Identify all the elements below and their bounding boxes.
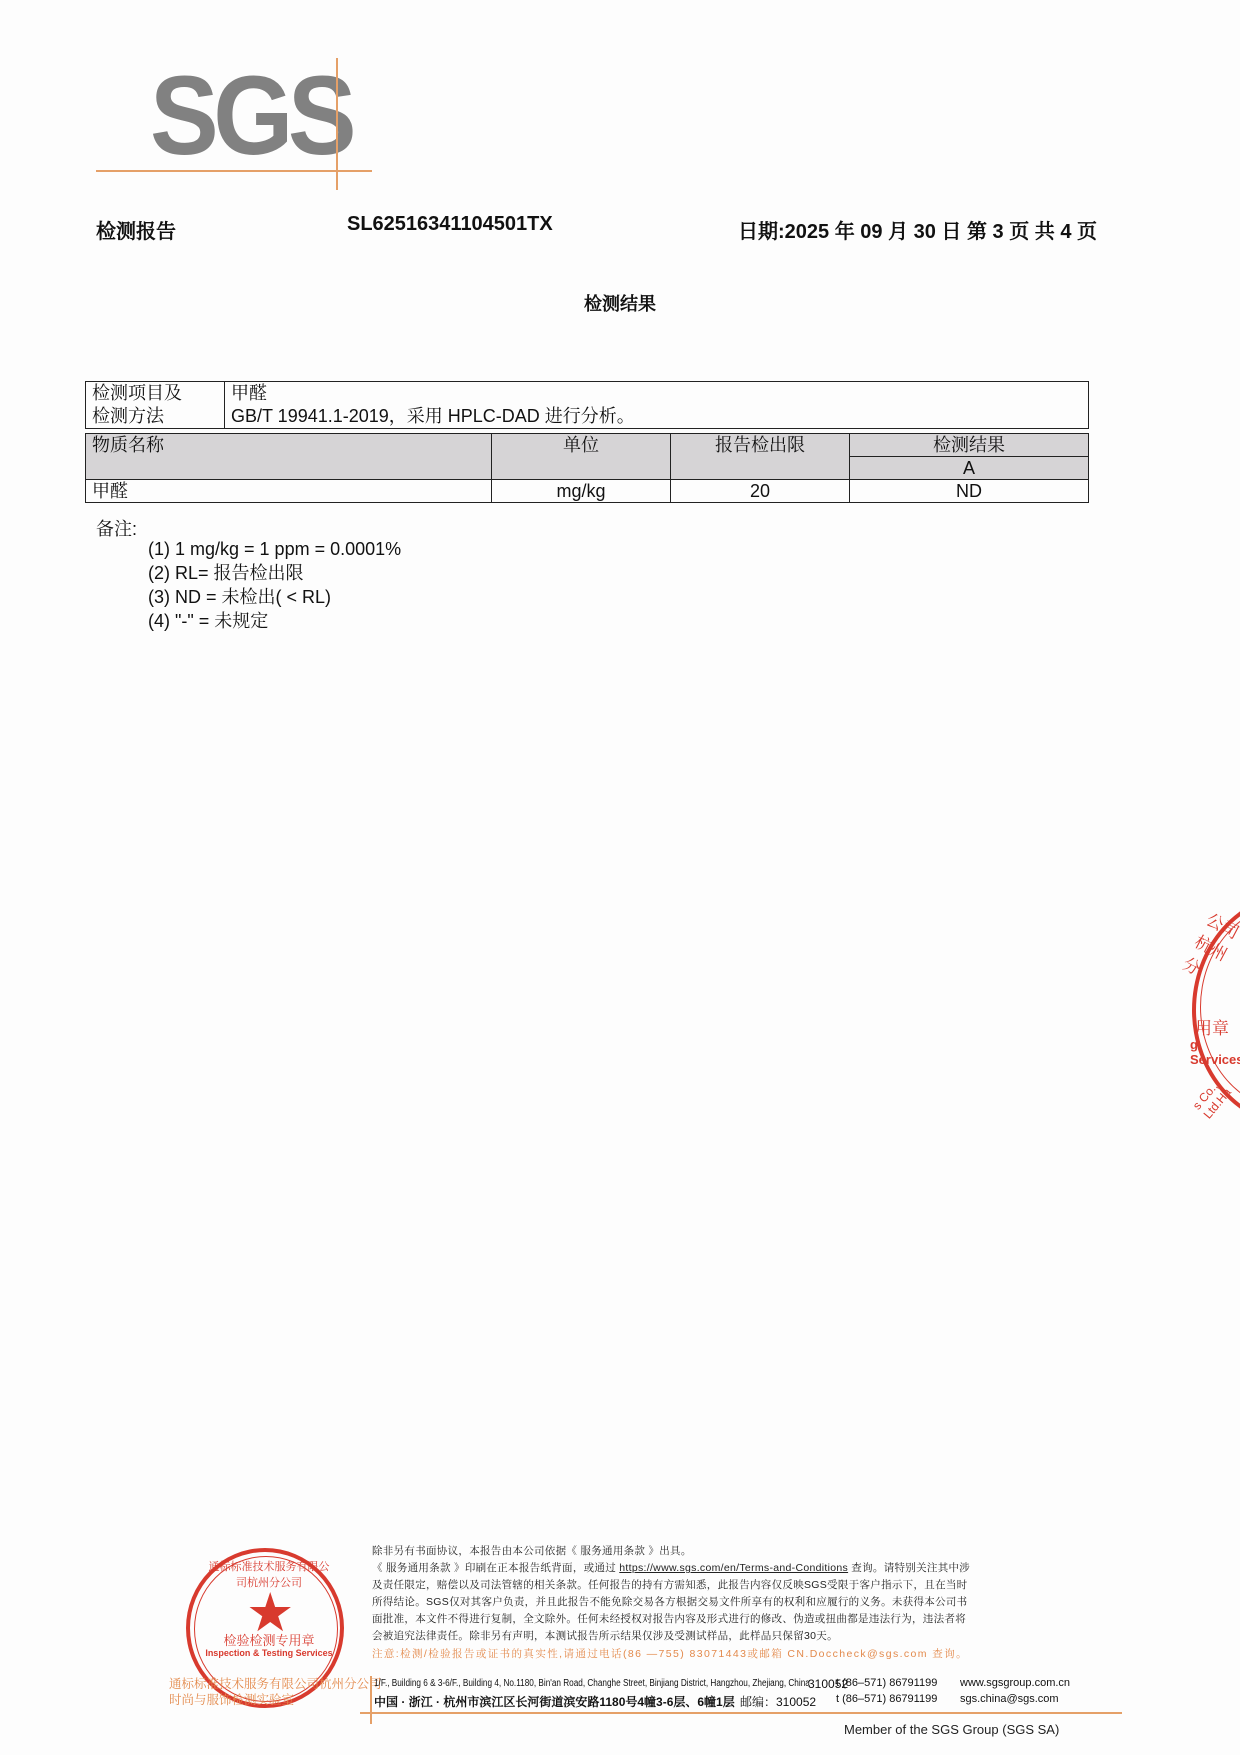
report-type-title: 检测报告 — [96, 215, 176, 244]
email-link[interactable]: sgs.china@sgs.com — [960, 1693, 1059, 1705]
member-statement: Member of the SGS Group (SGS SA) — [844, 1722, 1059, 1737]
header-result: 检测结果 — [850, 434, 1089, 457]
company-name-cn: 通标标准技术服务有限公司杭州分公司 时尚与服饰检测实验室 — [169, 1676, 382, 1708]
address-cn: 中国 · 浙江 · 杭州市滨江区长河街道滨安路1180号4幢3-6层、6幢1层 — [374, 1693, 735, 1710]
cell-rl: 20 — [671, 480, 850, 503]
cell-substance: 甲醛 — [86, 480, 492, 503]
website-link[interactable]: www.sgsgroup.com.cn — [960, 1677, 1070, 1689]
footer-rule-vertical — [370, 1676, 372, 1724]
test-info-label: 检测项目及 检测方法 — [86, 382, 225, 429]
zip-cn: 邮编：310052 — [740, 1693, 816, 1710]
report-number: SL62516341104501TX — [347, 213, 553, 236]
seal-center-en: Inspection & Testing Services — [196, 1648, 342, 1658]
seal-center-text: 用章 — [1195, 1014, 1229, 1039]
cell-result: ND — [850, 480, 1089, 503]
sgs-logo: SGS — [150, 60, 351, 172]
seal-en-text: g Services — [1190, 1037, 1240, 1067]
logo-rule-vertical — [336, 58, 338, 190]
report-date-page: 日期:2025 年 09 月 30 日 第 3 页 共 4 页 — [738, 215, 1097, 244]
header-sample-a: A — [850, 457, 1089, 480]
phone-1: t (86–571) 86791199 — [836, 1677, 937, 1689]
notes-label: 备注: — [96, 515, 137, 541]
test-method: GB/T 19941.1-2019，采用 HPLC-DAD 进行分析。 — [231, 405, 1082, 428]
results-table: 物质名称 单位 报告检出限 检测结果 A 甲醛 mg/kg 20 ND — [85, 433, 1089, 503]
table-row: 甲醛 mg/kg 20 ND — [86, 480, 1089, 503]
phone-2: t (86–571) 86791199 — [836, 1693, 937, 1705]
notes-list: (1) 1 mg/kg = 1 ppm = 0.0001% (2) RL= 报告… — [148, 537, 401, 633]
note-item: (2) RL= 报告检出限 — [148, 561, 401, 585]
test-info-value: 甲醛 GB/T 19941.1-2019，采用 HPLC-DAD 进行分析。 — [225, 382, 1089, 429]
authenticity-warning: 注意:检测/检验报告或证书的真实性,请通过电话(86 —755) 8307144… — [372, 1646, 968, 1661]
footer-rule-horizontal — [360, 1712, 1122, 1714]
test-item: 甲醛 — [231, 382, 1082, 405]
header-rl: 报告检出限 — [671, 434, 850, 480]
legal-disclaimer: 除非另有书面协议，本报告由本公司依据《 服务通用条款 》出具。 《 服务通用条款… — [372, 1543, 1072, 1645]
logo-rule-horizontal — [96, 170, 372, 172]
note-item: (3) ND = 未检出( < RL) — [148, 585, 401, 609]
header-unit: 单位 — [492, 434, 671, 480]
terms-link[interactable]: https://www.sgs.com/en/Terms-and-Conditi… — [619, 1562, 848, 1574]
cell-unit: mg/kg — [492, 480, 671, 503]
seal-center-cn: 检验检测专用章 — [196, 1630, 342, 1649]
test-info-table: 检测项目及 检测方法 甲醛 GB/T 19941.1-2019，采用 HPLC-… — [85, 381, 1089, 429]
address-en: 1/F., Building 6 & 3-6/F., Building 4, N… — [374, 1678, 810, 1689]
note-item: (1) 1 mg/kg = 1 ppm = 0.0001% — [148, 537, 401, 561]
note-item: (4) "-" = 未规定 — [148, 609, 401, 633]
section-title: 检测结果 — [0, 290, 1240, 316]
header-substance: 物质名称 — [86, 434, 492, 480]
